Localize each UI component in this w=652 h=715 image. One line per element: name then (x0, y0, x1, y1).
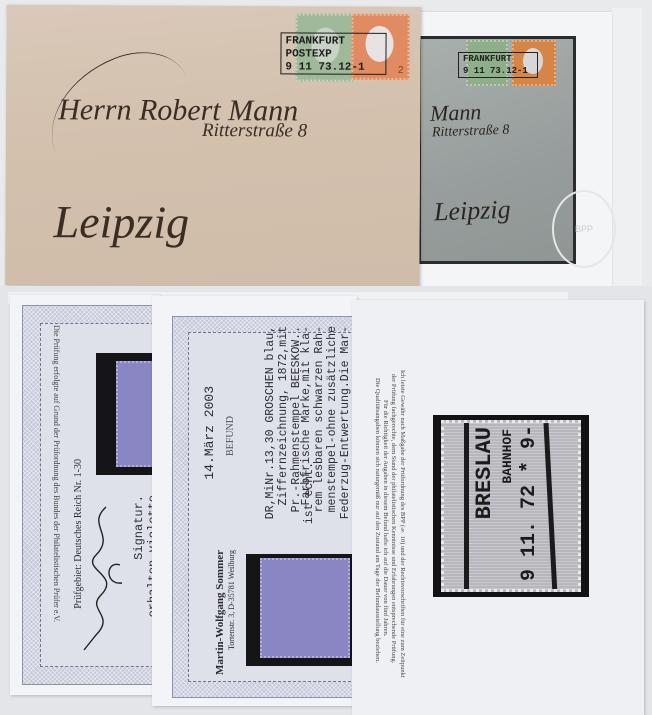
body-line: Farbfrische Marke,mit kla- (300, 326, 313, 505)
address-city: Leipzig (53, 195, 189, 249)
legal-text-line-2: der Prüfung fachgerechte, dem Stand der … (390, 374, 397, 663)
breslau-cancelled-stamp: BRESLAU BAHNHOF 9 11. 72 * 9- (441, 420, 581, 592)
stamp-value: 2 (398, 65, 404, 76)
cancel-text-date: 9 11. 72 * 9- (518, 425, 541, 581)
certificate-footer: Die Prüfung erfolgte auf Grund der Prüfo… (52, 325, 61, 622)
photo-address-line-1: Mann (430, 99, 482, 127)
groschen-stamp-image (260, 558, 350, 658)
examiner-name: Martin-Wolfgang Sommer (214, 550, 226, 675)
certificate-heading: BEFUND (225, 416, 236, 456)
examiner-address: Tortenstr. 3, D-35781 Weilburg (227, 550, 236, 650)
cancel-text-city: BRESLAU (472, 427, 497, 519)
body-line: Ziffernzeichnung, 1872,mit (277, 326, 290, 505)
befund-body-continued: Farbfrische Marke,mit kla- rem lesbaren … (300, 300, 352, 530)
envelope: 2 FRANKFURT POSTEXP 9 11 73.12-1 Herrn R… (5, 5, 420, 287)
legal-text-line-3: Für die Richtigkeit der Angaben in diese… (382, 400, 389, 636)
legal-text-line-4: Die Qualitätsangaben können sich naturge… (374, 378, 381, 663)
frankfurt-postmark: FRANKFURT POSTEXP 9 11 73.12-1 (280, 32, 386, 75)
body-line: rem lesbaren schwarzen Rah- (313, 326, 326, 512)
photo-address-line-3: Leipzig (433, 195, 511, 228)
photo-address-line-2: Ritterstraße 8 (432, 123, 510, 142)
cancel-text-station: BAHNHOF (500, 429, 515, 484)
typed-text-line-2: Signatur. (132, 495, 146, 560)
bpp-emboss-seal: BPP (552, 190, 616, 268)
certificate-date: 14.März 2003 (202, 386, 217, 480)
legal-text-line-1: Ich leiste Gewähr nach Maßgabe der Prüfo… (398, 370, 406, 678)
body-line: DR,MiNr.13,30 GROSCHEN blau, (264, 326, 278, 519)
address-street: Ritterstraße 8 (202, 120, 307, 143)
signature-icon (76, 505, 132, 655)
cancel-frame-bar (544, 423, 558, 592)
album-page-edge (612, 8, 642, 298)
body-line: menstempel-ohne zusätzliche (326, 326, 339, 512)
certificate-1: 7 KREUZER 7 erhalten-violette Signatur. … (10, 295, 160, 695)
photo-postmark: FRANKFURT 9 11 73.12-1 (458, 52, 538, 78)
cancel-frame-bar (464, 423, 469, 592)
body-line: Federzug-Entwertung.Die Mar- (339, 326, 352, 519)
